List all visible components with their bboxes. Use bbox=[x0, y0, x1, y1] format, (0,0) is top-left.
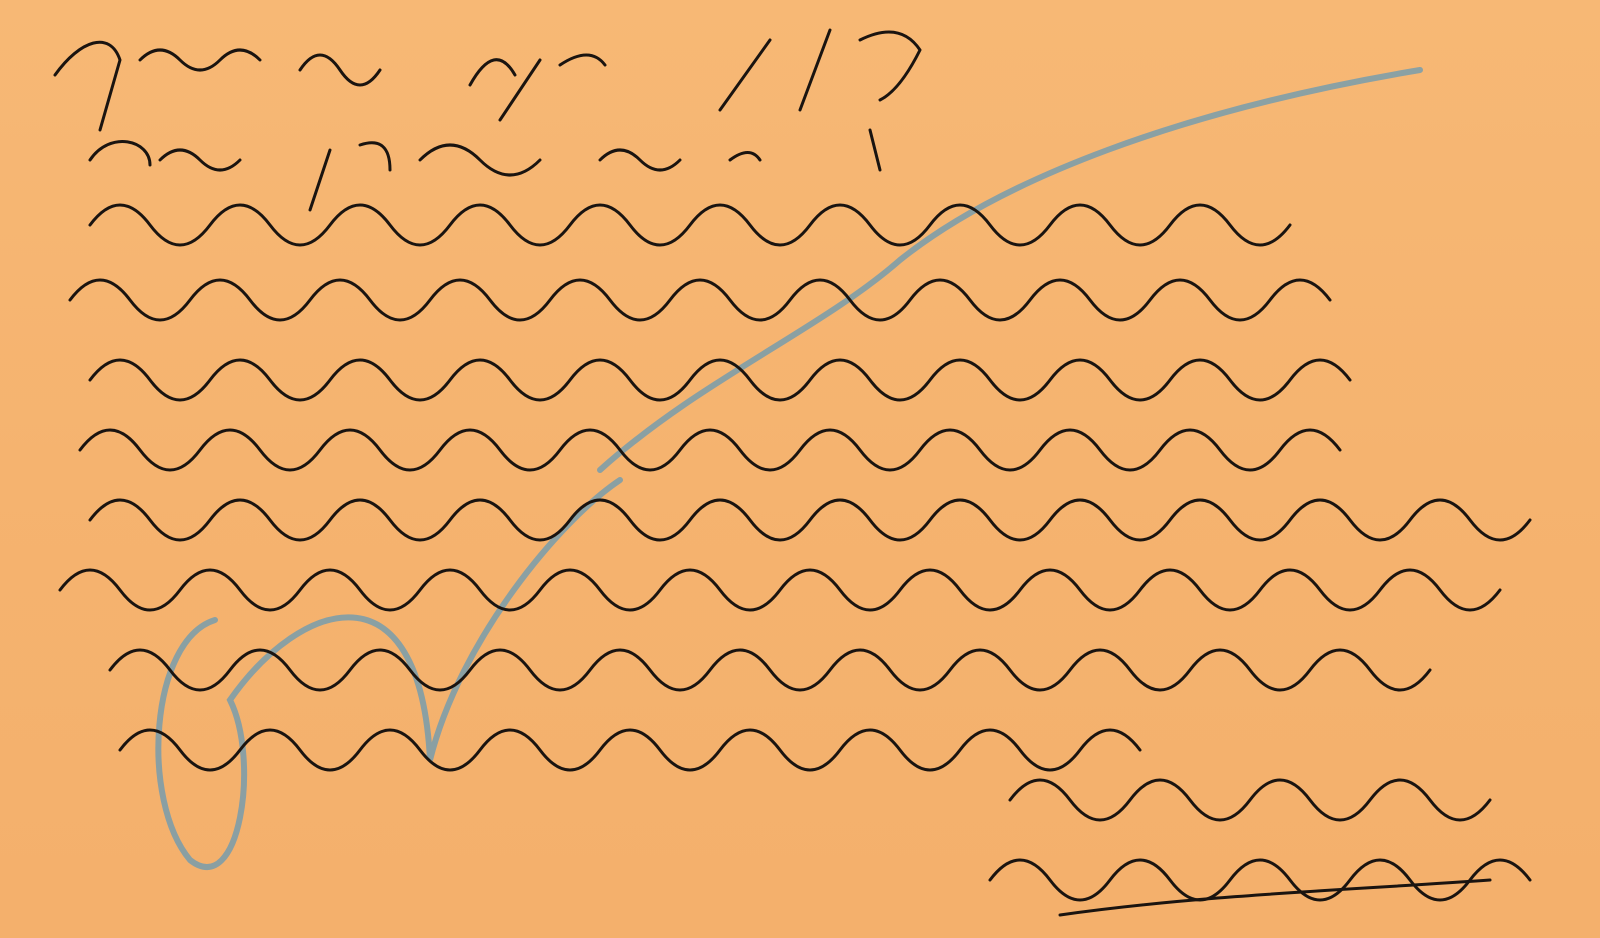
body-lines bbox=[60, 205, 1530, 770]
handwriting bbox=[0, 0, 1600, 938]
blue-pencil-overwriting bbox=[158, 70, 1420, 867]
header-lines bbox=[55, 30, 920, 210]
signature-block bbox=[990, 780, 1530, 915]
postcard: 27 Feb. 1879 bbox=[0, 0, 1600, 938]
